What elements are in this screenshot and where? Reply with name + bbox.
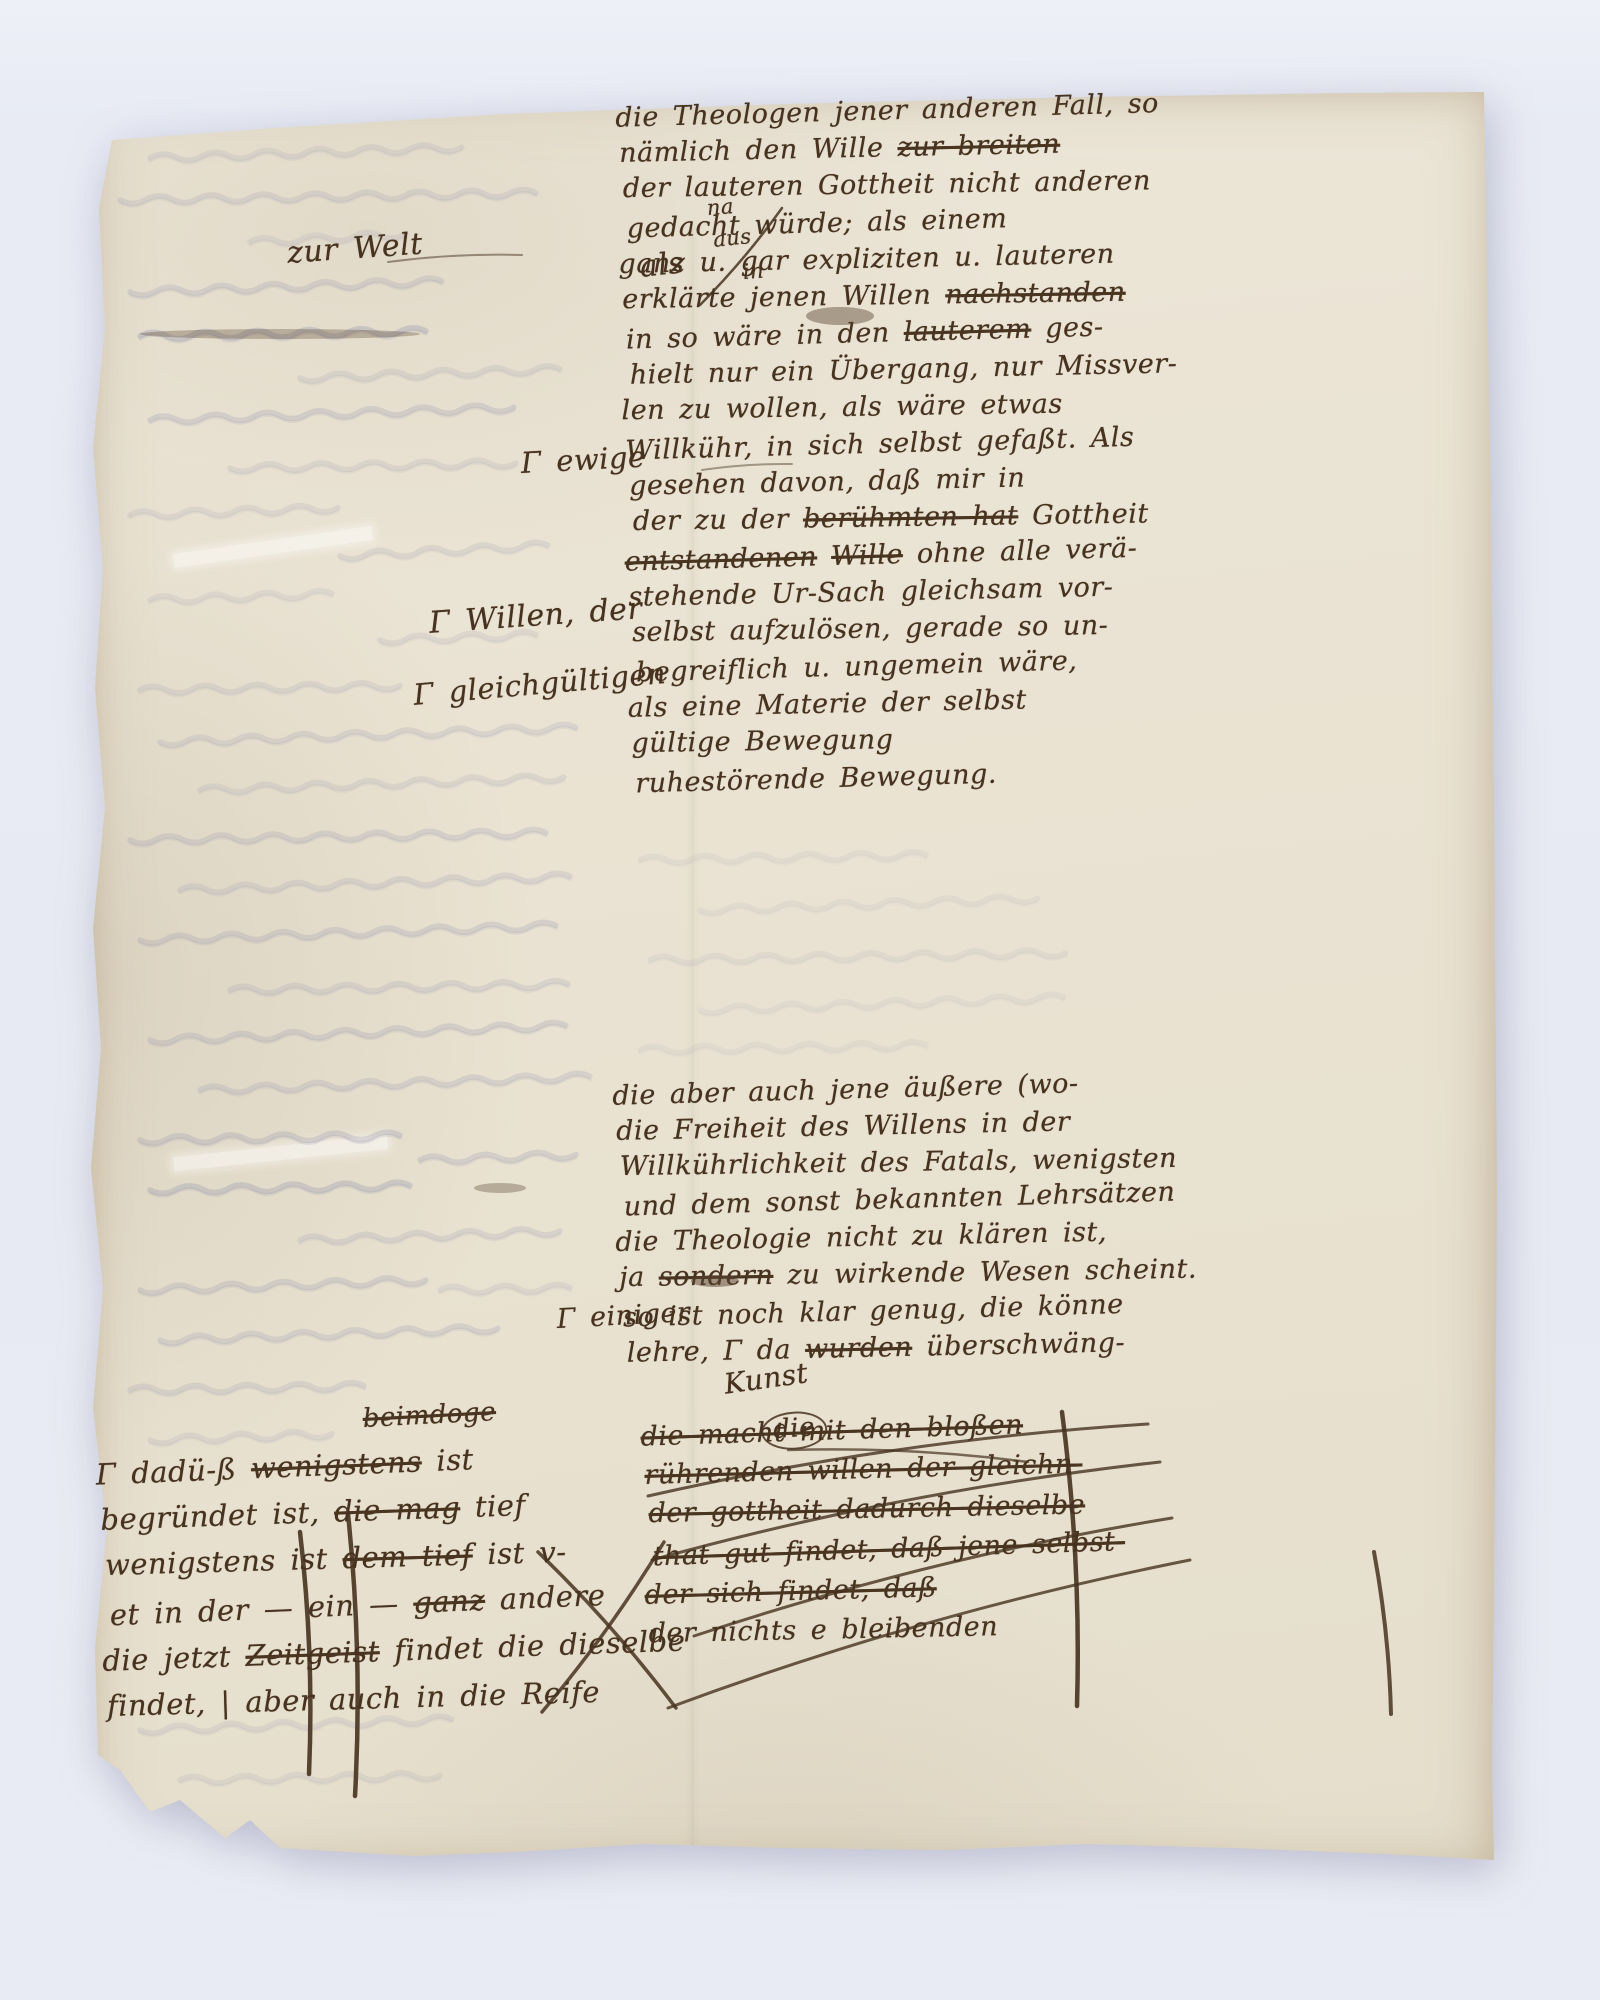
ink-text: als eine Materie der selbst	[627, 685, 1027, 724]
ink-text: Γ dadü-ß	[95, 1451, 252, 1491]
ink-text: überschwäng-	[912, 1327, 1126, 1362]
deleted-paragraph-right: die macht mit den bloßenrührenden willen…	[640, 1402, 1191, 1656]
struck-text: lauterem	[903, 314, 1031, 348]
ink-text: der zu der	[633, 504, 804, 538]
ink-text: andere	[484, 1578, 606, 1617]
note-aus: aus	[712, 224, 753, 252]
ink-text: ruhestörende Bewegung.	[635, 759, 997, 800]
struck-text: sondern	[659, 1260, 774, 1293]
struck-text: Wille	[831, 539, 903, 572]
ink-text: Gottheit	[1018, 498, 1149, 531]
note-in: in	[742, 259, 765, 284]
struck-text: die mag	[334, 1490, 461, 1528]
ink-text	[817, 541, 832, 572]
struck-text: nachstanden	[945, 277, 1126, 311]
struck-text: berühmten hat	[803, 500, 1019, 534]
manuscript-scan: die Theologen jener anderen Fall, sonäml…	[0, 0, 1600, 2000]
paper-crease-left-lower	[173, 1135, 388, 1171]
main-paragraph-2: die aber auch jene äußere (wo-die Freihe…	[612, 1064, 1183, 1372]
note-als: als	[638, 245, 686, 284]
ink-text: nämlich den Wille	[619, 132, 898, 169]
main-paragraph-1: die Theologen jener anderen Fall, sonäml…	[615, 86, 1190, 801]
ink-text: die Freiheit des Willens in der	[616, 1106, 1071, 1147]
ink-text: erklärte jenen Willen	[622, 279, 946, 315]
ink-text: selbst aufzulösen, gerade so un-	[632, 610, 1109, 648]
struck-text: ganz	[413, 1583, 486, 1620]
ink-text: der nichts e bleibenden	[648, 1611, 998, 1649]
struck-text: Zeitgeist	[245, 1634, 380, 1673]
ink-text: len zu wollen, als wäre etwas	[621, 389, 1063, 427]
ink-text: die jetzt	[102, 1639, 246, 1678]
ink-text: findet, | aber auch in die Reife	[106, 1675, 600, 1723]
ink-text: ges-	[1031, 312, 1104, 345]
struck-text: der gottheit dadurch dieselbe	[648, 1489, 1085, 1529]
struck-text: wenigstens	[250, 1444, 422, 1485]
ink-text: gültige Bewegung	[631, 724, 893, 759]
note-ewige: Γ ewige	[520, 439, 646, 479]
struck-text: zur breiten	[897, 129, 1060, 163]
ink-text: et in der — ein —	[109, 1586, 414, 1632]
ink-text: tief	[460, 1488, 527, 1524]
ink-text: wenigstens ist	[105, 1541, 343, 1582]
struck-text: die macht mit den bloßen	[640, 1409, 1023, 1452]
ink-text: ist	[421, 1442, 474, 1478]
struck-text: dem tief	[342, 1537, 473, 1575]
ink-text: ja	[619, 1262, 659, 1294]
ink-text: ganz u. gar expliziten u. lauteren	[618, 239, 1115, 280]
ink-text: findet die dieselbe	[379, 1624, 686, 1669]
struck-text: wurden	[805, 1332, 913, 1365]
paper-crease-left-upper	[173, 526, 373, 568]
ink-text: die Theologie nicht zu klären ist,	[615, 1217, 1107, 1258]
ink-text: ohne alle verä-	[902, 533, 1137, 570]
struck-text: rührenden willen der gleichn-	[644, 1448, 1083, 1490]
ink-text: in so wäre in den	[626, 317, 905, 356]
deleted-paragraph-left: Γ dadü-ß wenigstens istbegründet ist, di…	[95, 1430, 665, 1731]
ink-text: stehende Ur-Sach gleichsam vor-	[628, 572, 1114, 613]
ink-text: ist v-	[472, 1535, 567, 1572]
note-na: na	[706, 194, 735, 220]
ink-text: begründet ist,	[100, 1495, 335, 1537]
ink-text: gesehen davon, daß mir in	[629, 462, 1026, 501]
struck-text: entstandenen	[624, 541, 817, 577]
struck-text: der sich findet, daß	[644, 1572, 937, 1611]
